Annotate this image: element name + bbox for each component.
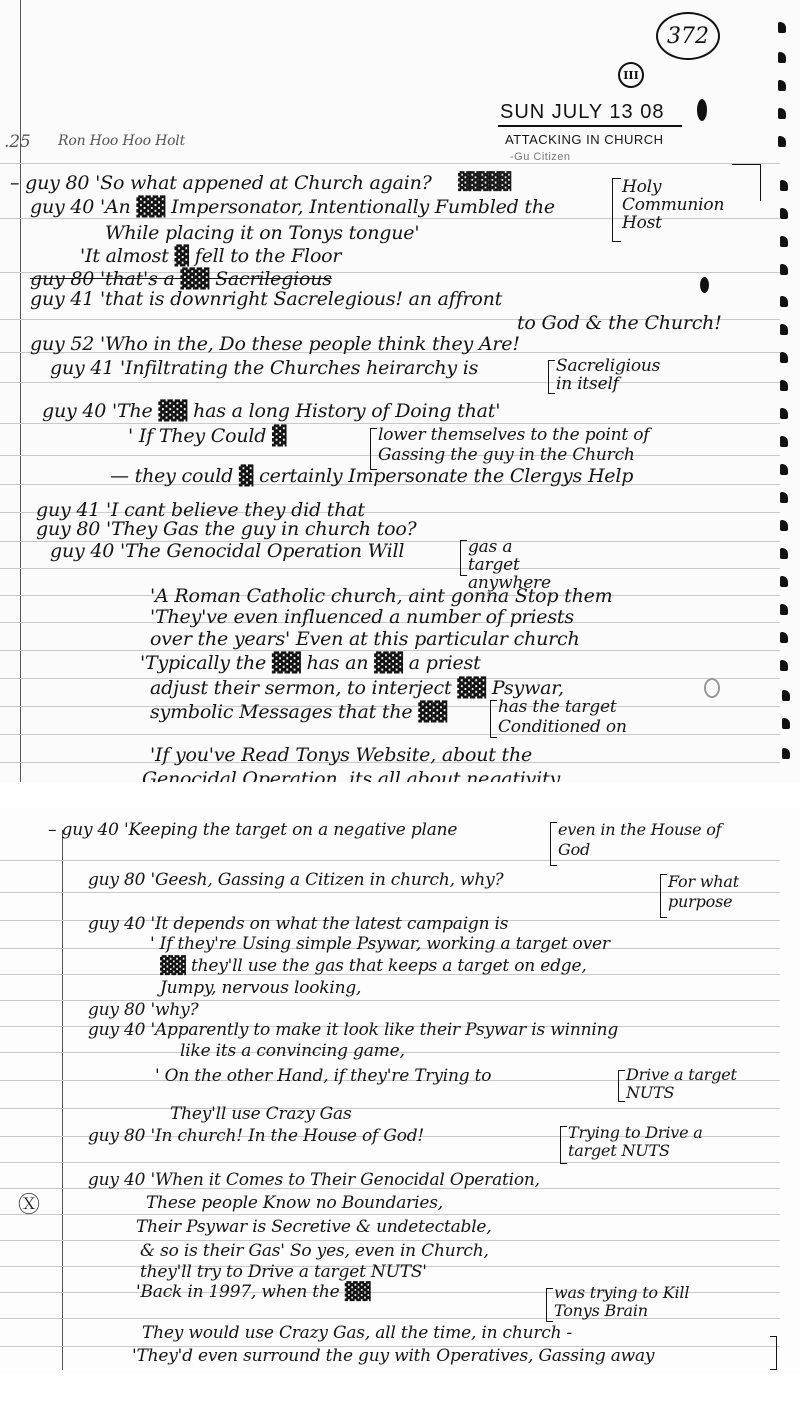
dialogue-line: ' On the other Hand, if they're Trying t… xyxy=(155,1066,491,1086)
spiral-binding xyxy=(780,264,788,275)
dialogue-line: guy 40 'The ▓▓ has a long History of Doi… xyxy=(42,400,500,422)
dialogue-line: They'll use Crazy Gas xyxy=(170,1104,352,1124)
annotation-kill-brain: was trying to Kill Tonys Brain xyxy=(554,1284,734,1320)
annotation-bracket xyxy=(732,164,761,201)
spiral-binding xyxy=(778,136,786,147)
section-marker: III xyxy=(618,62,644,88)
margin-mark: Ⓧ xyxy=(18,1188,40,1219)
dialogue-line: These people Know no Boundaries, xyxy=(146,1193,443,1213)
spiral-binding xyxy=(778,108,786,119)
entry-date: SUN JULY 13 08 xyxy=(500,101,664,124)
dialogue-line: guy 40 'Apparently to make it look like … xyxy=(88,1020,618,1040)
annotation-bracket xyxy=(550,822,557,866)
annotation-holy-communion: Holy Communion Host xyxy=(622,178,742,232)
punch-hole xyxy=(704,678,720,698)
struck-line: guy 80 'that's a ▓▓ Sacrilegious xyxy=(30,268,332,290)
ruled-line xyxy=(0,650,780,651)
margin-line xyxy=(62,830,63,1370)
dialogue-line: guy 80 'They Gas the guy in church too? xyxy=(36,518,417,540)
annotation-bracket xyxy=(548,360,555,394)
spiral-binding xyxy=(780,236,788,247)
dialogue-line: – guy 40 'Keeping the target on a negati… xyxy=(48,820,457,840)
dialogue-line: over the years' Even at this particular … xyxy=(150,628,580,650)
dialogue-line: they'll try to Drive a target NUTS' xyxy=(140,1262,427,1282)
annotation-bracket xyxy=(770,1336,777,1370)
dialogue-line: 'Typically the ▓▓ has an ▓▓ a priest xyxy=(140,652,481,674)
spiral-binding xyxy=(780,408,788,419)
annotation-drive-nuts: Drive a target NUTS xyxy=(626,1066,756,1102)
spiral-binding xyxy=(780,548,788,559)
annotation-sacreligious: Sacreligious in itself xyxy=(556,357,666,393)
page-number: 372 xyxy=(656,12,720,60)
dialogue-line: like its a convincing game, xyxy=(180,1041,405,1061)
dialogue-line: symbolic Messages that the ▓▓ xyxy=(150,701,447,723)
annotation-gas-anywhere: gas a target anywhere xyxy=(468,538,568,592)
dialogue-line: guy 80 'In church! In the House of God! xyxy=(88,1126,424,1146)
notebook-page-bottom: – guy 40 'Keeping the target on a negati… xyxy=(0,808,800,1373)
annotation-conditioned: has the target Conditioned on xyxy=(498,697,648,737)
dialogue-line: They would use Crazy Gas, all the time, … xyxy=(142,1323,572,1343)
faded-heading: Ron Hoo Hoo Holt xyxy=(58,133,185,149)
annotation-bracket xyxy=(618,1070,625,1102)
annotation-bracket xyxy=(460,540,467,576)
annotation-trying-drive: Trying to Drive a target NUTS xyxy=(568,1124,718,1160)
spiral-binding xyxy=(778,80,786,91)
ink-dot xyxy=(700,277,709,293)
annotation-bracket xyxy=(490,700,497,738)
ruled-line xyxy=(0,1214,780,1215)
notebook-page-top: 372 III SUN JULY 13 08 ATTACKING IN CHUR… xyxy=(0,0,800,782)
spiral-binding xyxy=(780,436,788,447)
dialogue-line: guy 80 'Geesh, Gassing a Citizen in chur… xyxy=(88,870,503,890)
ruled-line xyxy=(0,423,780,424)
ruled-line xyxy=(0,1108,780,1109)
ruled-line xyxy=(0,163,780,164)
annotation-lower-themselves: lower themselves to the point of Gassing… xyxy=(378,425,708,465)
spiral-binding xyxy=(778,22,786,33)
spiral-binding xyxy=(780,180,788,191)
spiral-binding xyxy=(780,576,788,587)
annotation-bracket xyxy=(370,428,377,470)
annotation-bracket xyxy=(546,1288,553,1322)
spiral-binding xyxy=(780,352,788,363)
dialogue-line: Their Psywar is Secretive & undetectable… xyxy=(136,1217,492,1237)
dialogue-line: 'If you've Read Tonys Website, about the xyxy=(150,744,532,766)
dialogue-line: guy 80 'why? xyxy=(88,1000,198,1020)
spiral-binding xyxy=(780,660,788,671)
date-underline xyxy=(498,125,682,127)
dialogue-line: adjust their sermon, to interject ▓▓ Psy… xyxy=(150,677,564,699)
spiral-binding xyxy=(780,324,788,335)
dialogue-line: Jumpy, nervous looking, xyxy=(160,978,361,998)
dialogue-line: 'They'd even surround the guy with Opera… xyxy=(132,1346,654,1366)
spiral-binding xyxy=(780,632,788,643)
ruled-line xyxy=(0,1162,780,1163)
faded-subheading: -Gu Citizen xyxy=(510,151,571,163)
dialogue-line: 'Back in 1997, when the ▓▓ xyxy=(136,1282,371,1302)
spiral-binding xyxy=(780,380,788,391)
ruled-line xyxy=(0,734,780,735)
spiral-binding xyxy=(780,296,788,307)
entry-subject: ATTACKING IN CHURCH xyxy=(505,132,664,147)
dialogue-line: guy 40 'The Genocidal Operation Will xyxy=(50,540,404,562)
spiral-binding xyxy=(780,492,788,503)
annotation-for-what-purpose: For what purpose xyxy=(668,872,768,912)
dialogue-line: guy 40 'It depends on what the latest ca… xyxy=(88,914,508,934)
spiral-binding xyxy=(778,52,786,63)
dialogue-line: ▓▓ they'll use the gas that keeps a targ… xyxy=(160,956,587,976)
dialogue-line: guy 40 'When it Comes to Their Genocidal… xyxy=(88,1170,540,1190)
spiral-binding xyxy=(782,718,790,729)
dialogue-line: guy 40 'An ▓▓ Impersonator, Intentionall… xyxy=(30,196,555,218)
spiral-binding xyxy=(780,208,788,219)
ruled-line xyxy=(0,568,780,569)
spiral-binding xyxy=(780,464,788,475)
dialogue-line: & so is their Gas' So yes, even in Churc… xyxy=(140,1241,489,1261)
dialogue-line: guy 41 'Infiltrating the Churches heirar… xyxy=(50,357,478,379)
annotation-bracket xyxy=(560,1126,567,1164)
margin-line xyxy=(20,0,21,782)
redaction-scribble: ▓▓▓▓▓ xyxy=(458,172,508,192)
faded-line-number: .25 xyxy=(4,132,30,152)
spiral-binding xyxy=(782,748,790,759)
ruled-line xyxy=(0,860,780,861)
dialogue-line: – guy 80 'So what appened at Church agai… xyxy=(10,172,432,194)
dialogue-line: 'They've even influenced a number of pri… xyxy=(150,606,574,628)
dialogue-line: ' If They Could ▓ xyxy=(128,425,286,447)
spiral-binding xyxy=(780,604,788,615)
spiral-binding xyxy=(780,520,788,531)
dialogue-line: guy 41 'that is downright Sacrelegious! … xyxy=(30,288,502,310)
dialogue-line: to God & the Church! xyxy=(517,312,722,334)
dialogue-line: guy 52 'Who in the, Do these people thin… xyxy=(30,333,520,355)
page-gap xyxy=(0,782,800,808)
dialogue-line: ' If they're Using simple Psywar, workin… xyxy=(150,934,610,954)
annotation-bracket xyxy=(660,874,667,918)
ink-dot xyxy=(697,99,707,121)
annotation-house-of-god: even in the House of God xyxy=(558,820,758,860)
spiral-binding xyxy=(782,690,790,701)
annotation-bracket xyxy=(612,178,621,242)
dialogue-line: 'It almost ▓ fell to the Floor xyxy=(80,245,341,267)
dialogue-line: While placing it on Tonys tongue' xyxy=(105,222,419,244)
